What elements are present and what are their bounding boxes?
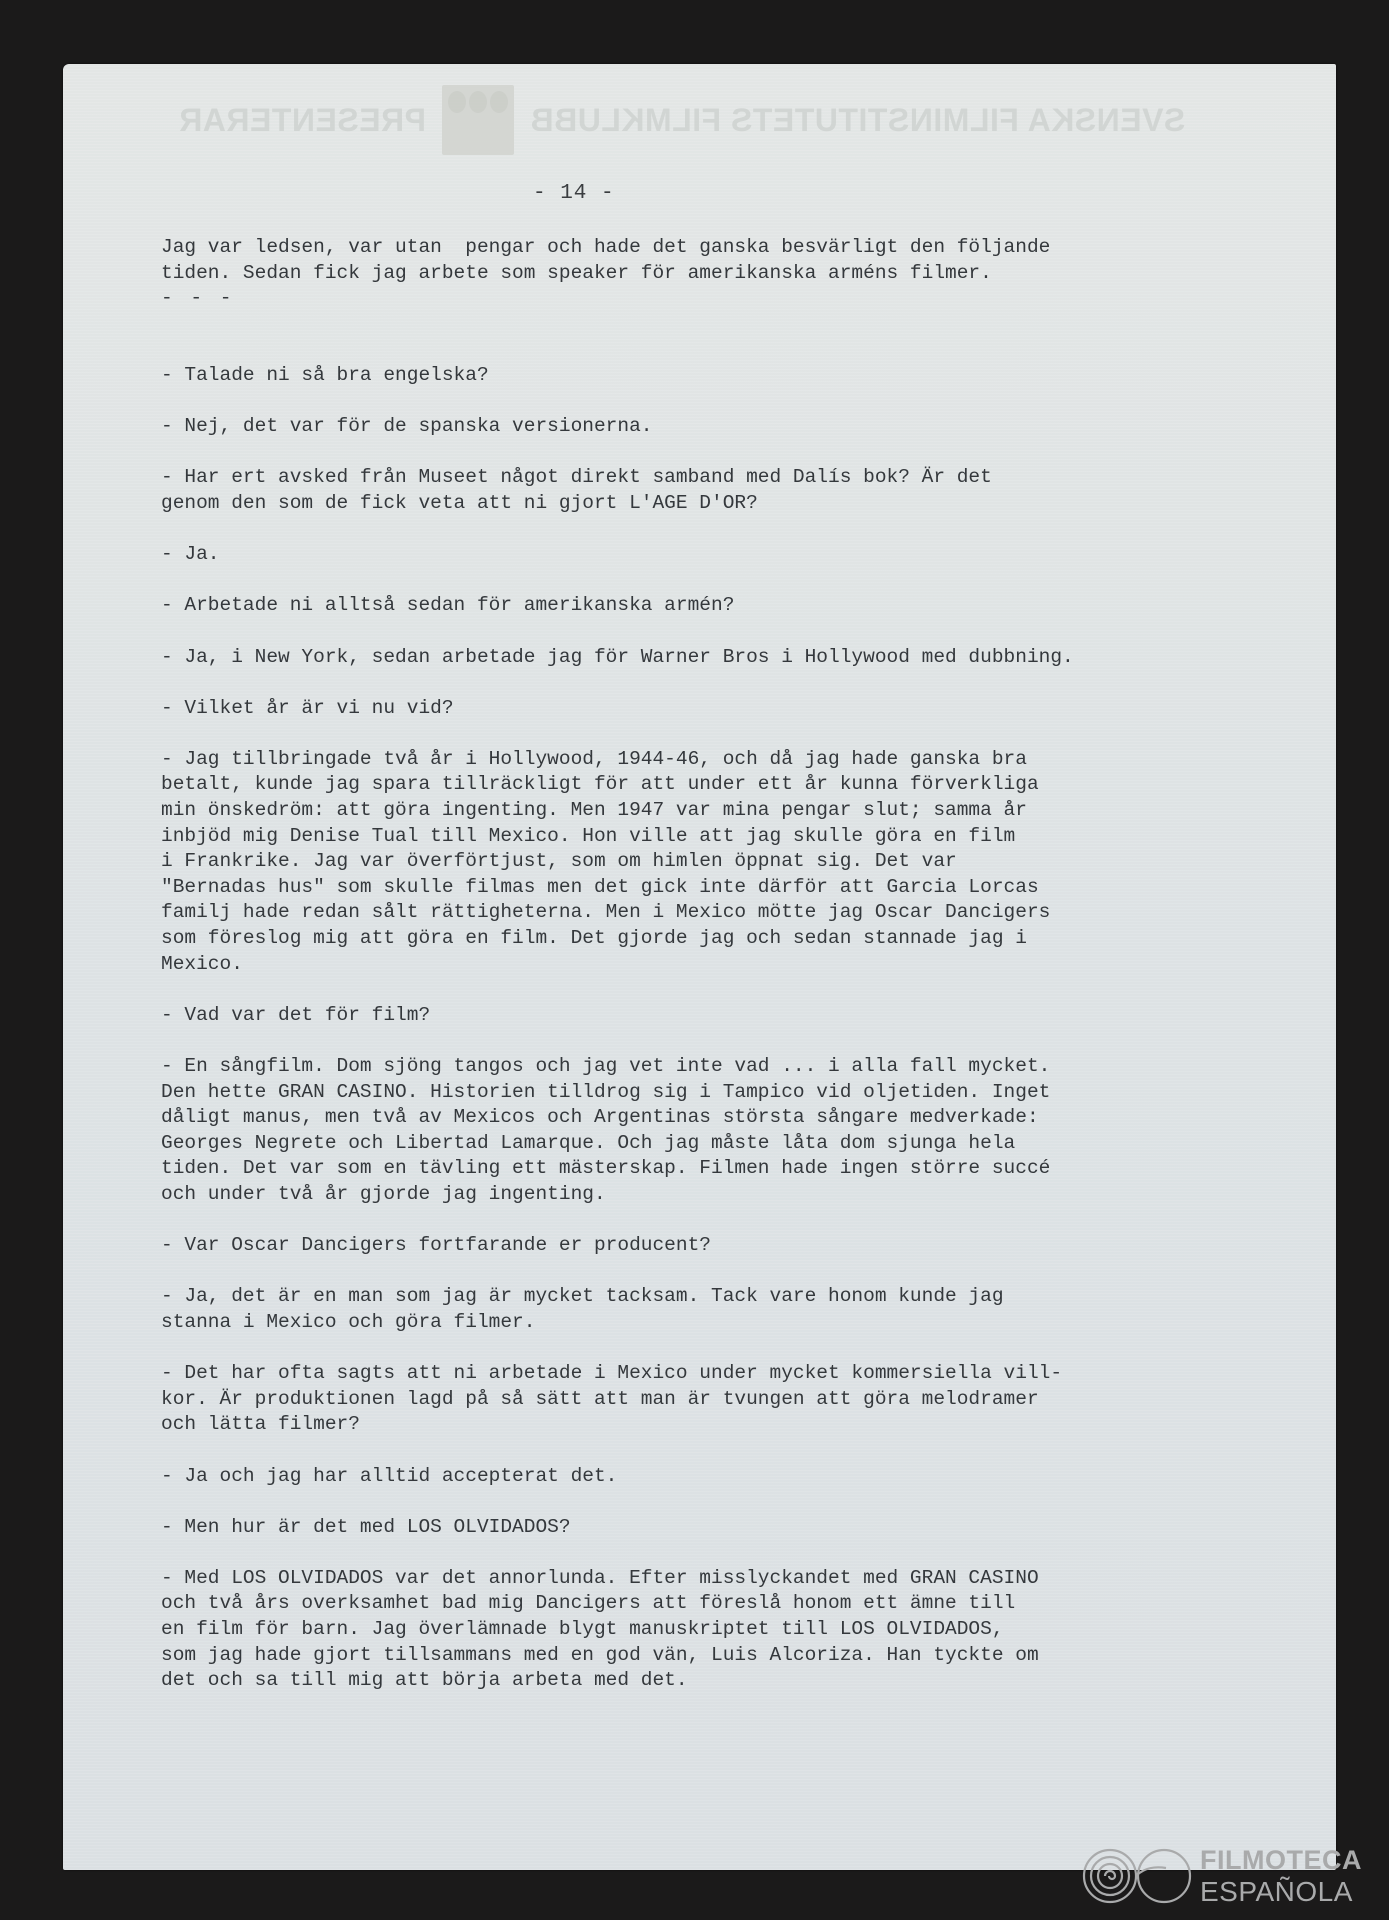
paragraph: - Ja, i New York, sedan arbetade jag för… <box>161 645 1281 671</box>
document-body: Jag var ledsen, var utan pengar och hade… <box>161 235 1281 1719</box>
document-page: SVENSKA FILMINSTITUTETS FILMKLUBB PRESEN… <box>63 64 1336 1870</box>
paragraph: - Var Oscar Dancigers fortfarande er pro… <box>161 1233 1281 1259</box>
paragraph: - En sångfilm. Dom sjöng tangos och jag … <box>161 1054 1281 1208</box>
filmoteca-subtitle: ESPAÑOLA <box>1200 1878 1362 1906</box>
bleed-through-header: SVENSKA FILMINSTITUTETS FILMKLUBB PRESEN… <box>127 90 1237 150</box>
film-club-logo-icon <box>442 85 514 155</box>
filmoteca-watermark: FILMOTECA ESPAÑOLA <box>1082 1846 1362 1906</box>
bleed-right-text: PRESENTERAR <box>179 102 426 139</box>
paragraph: - Med LOS OLVIDADOS var det annorlunda. … <box>161 1566 1281 1694</box>
spiral-film-reel-icon <box>1082 1846 1192 1906</box>
paragraph: - Ja, det är en man som jag är mycket ta… <box>161 1284 1281 1335</box>
paragraph: - Arbetade ni alltså sedan för amerikans… <box>161 593 1281 619</box>
paragraph: - Men hur är det med LOS OLVIDADOS? <box>161 1515 1281 1541</box>
section-separator: - - - <box>161 286 1281 312</box>
paragraph: - Vilket år är vi nu vid? <box>161 696 1281 722</box>
paragraph: - Det har ofta sagts att ni arbetade i M… <box>161 1361 1281 1438</box>
page-number: - 14 - <box>533 182 615 205</box>
paragraph: - Ja och jag har alltid accepterat det. <box>161 1464 1281 1490</box>
paragraph: - Ja. <box>161 542 1281 568</box>
paragraph: - Har ert avsked från Museet något direk… <box>161 465 1281 516</box>
paragraph: - Talade ni så bra engelska? <box>161 363 1281 389</box>
paragraph: - Jag tillbringade två år i Hollywood, 1… <box>161 747 1281 977</box>
filmoteca-title: FILMOTECA <box>1200 1847 1362 1874</box>
paragraph: Jag var ledsen, var utan pengar och hade… <box>161 235 1281 286</box>
paragraph: - Vad var det för film? <box>161 1003 1281 1029</box>
paragraph: - Nej, det var för de spanska versionern… <box>161 414 1281 440</box>
bleed-left-text: SVENSKA FILMINSTITUTETS FILMKLUBB <box>530 102 1185 139</box>
